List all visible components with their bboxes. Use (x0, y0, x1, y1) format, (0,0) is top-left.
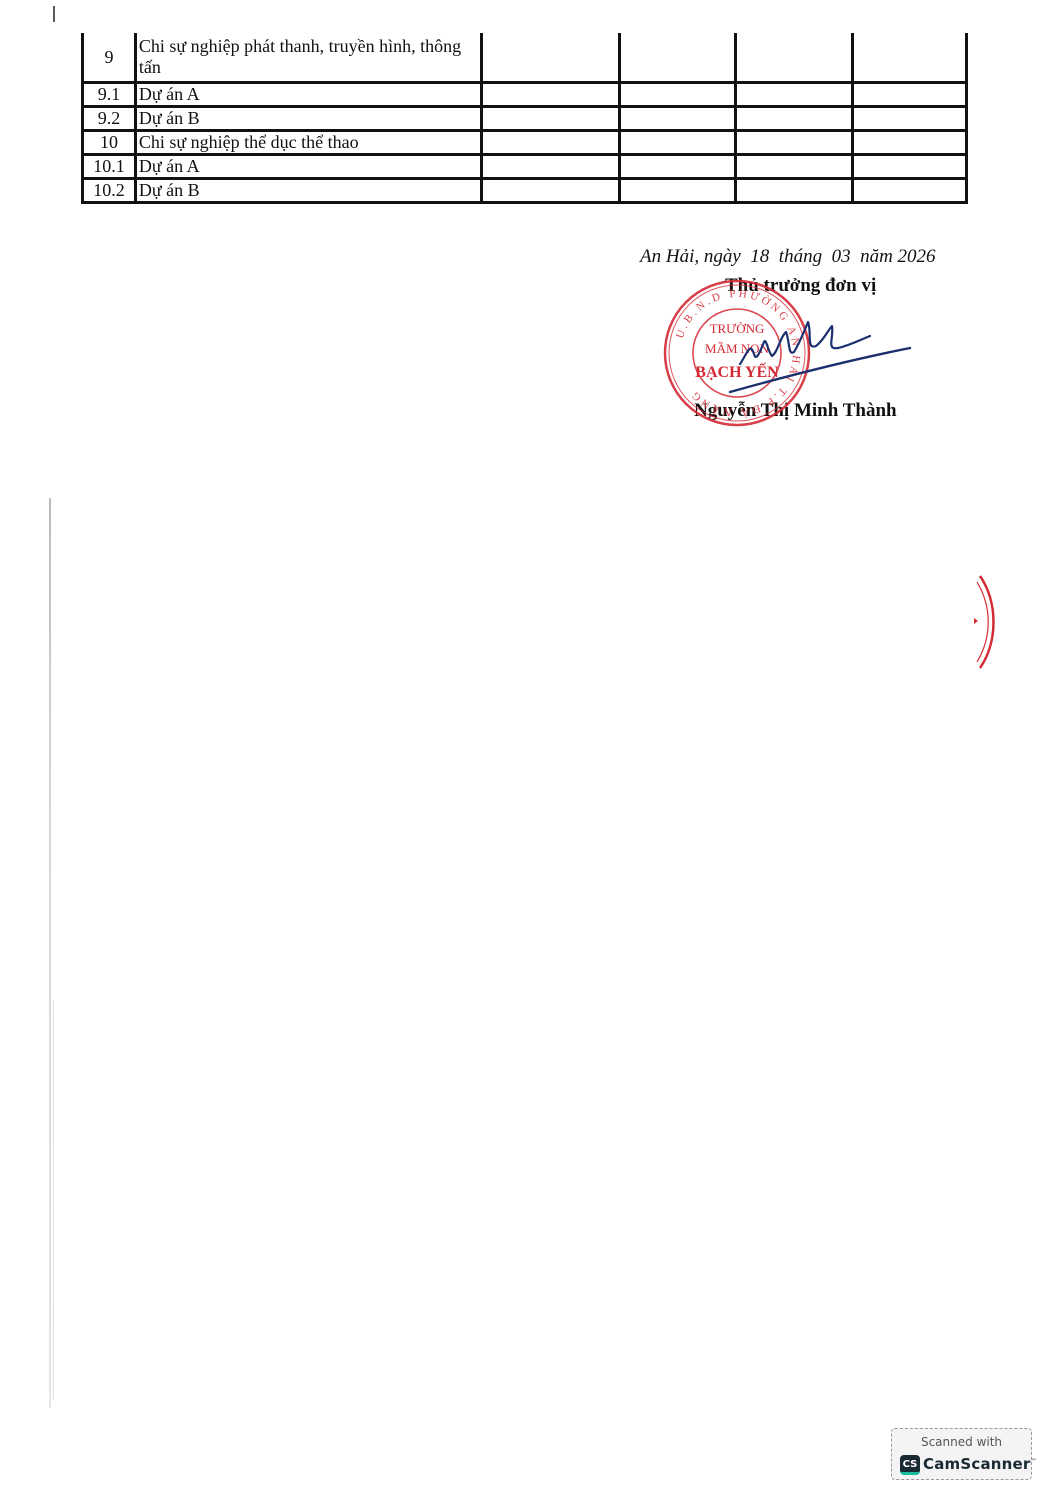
value-cell (620, 33, 736, 83)
value-cell (852, 83, 966, 107)
scan-artifact-edge (53, 1000, 54, 1400)
value-cell (852, 131, 966, 155)
scan-artifact-mark (53, 6, 55, 22)
table-row: 9.1Dự án A (83, 83, 967, 107)
row-description: Chi sự nghiệp phát thanh, truyền hình, t… (135, 33, 481, 83)
handwritten-signature (720, 312, 915, 402)
value-cell (481, 155, 619, 179)
table-row: 10.2Dự án B (83, 179, 967, 203)
value-cell (852, 33, 966, 83)
value-cell (736, 33, 852, 83)
row-number: 10.1 (83, 155, 136, 179)
date-line: An Hải, ngày 18 tháng 03 năm 2026 (640, 246, 936, 268)
value-cell (620, 83, 736, 107)
row-description: Dự án A (135, 155, 481, 179)
value-cell (481, 131, 619, 155)
value-cell (852, 155, 966, 179)
value-cell (736, 131, 852, 155)
row-number: 9 (83, 33, 136, 83)
row-number: 10.2 (83, 179, 136, 203)
table-row: 10.1Dự án A (83, 155, 967, 179)
row-number: 9.1 (83, 83, 136, 107)
value-cell (736, 179, 852, 203)
value-cell (620, 155, 736, 179)
value-cell (481, 83, 619, 107)
row-description: Dự án B (135, 107, 481, 131)
stamp-fragment (972, 572, 1002, 672)
row-number: 9.2 (83, 107, 136, 131)
table-row: 10Chi sự nghiệp thể dục thể thao (83, 131, 967, 155)
value-cell (620, 107, 736, 131)
value-cell (736, 107, 852, 131)
camscanner-watermark: Scanned with CS CamScanner™ (891, 1428, 1032, 1480)
value-cell (481, 179, 619, 203)
row-number: 10 (83, 131, 136, 155)
row-description: Dự án B (135, 179, 481, 203)
value-cell (736, 83, 852, 107)
value-cell (852, 179, 966, 203)
camscanner-logo-icon: CS (900, 1455, 920, 1475)
watermark-caption: Scanned with (892, 1435, 1031, 1449)
table-row: 9.2Dự án B (83, 107, 967, 131)
value-cell (736, 155, 852, 179)
scan-artifact-edge (49, 498, 51, 1408)
row-description: Chi sự nghiệp thể dục thể thao (135, 131, 481, 155)
value-cell (620, 131, 736, 155)
value-cell (852, 107, 966, 131)
value-cell (481, 107, 619, 131)
row-description: Dự án A (135, 83, 481, 107)
value-cell (481, 33, 619, 83)
watermark-brand: CamScanner™ (923, 1455, 1037, 1473)
value-cell (620, 179, 736, 203)
table-row: 9Chi sự nghiệp phát thanh, truyền hình, … (83, 33, 967, 83)
budget-table: 9Chi sự nghiệp phát thanh, truyền hình, … (81, 33, 968, 204)
